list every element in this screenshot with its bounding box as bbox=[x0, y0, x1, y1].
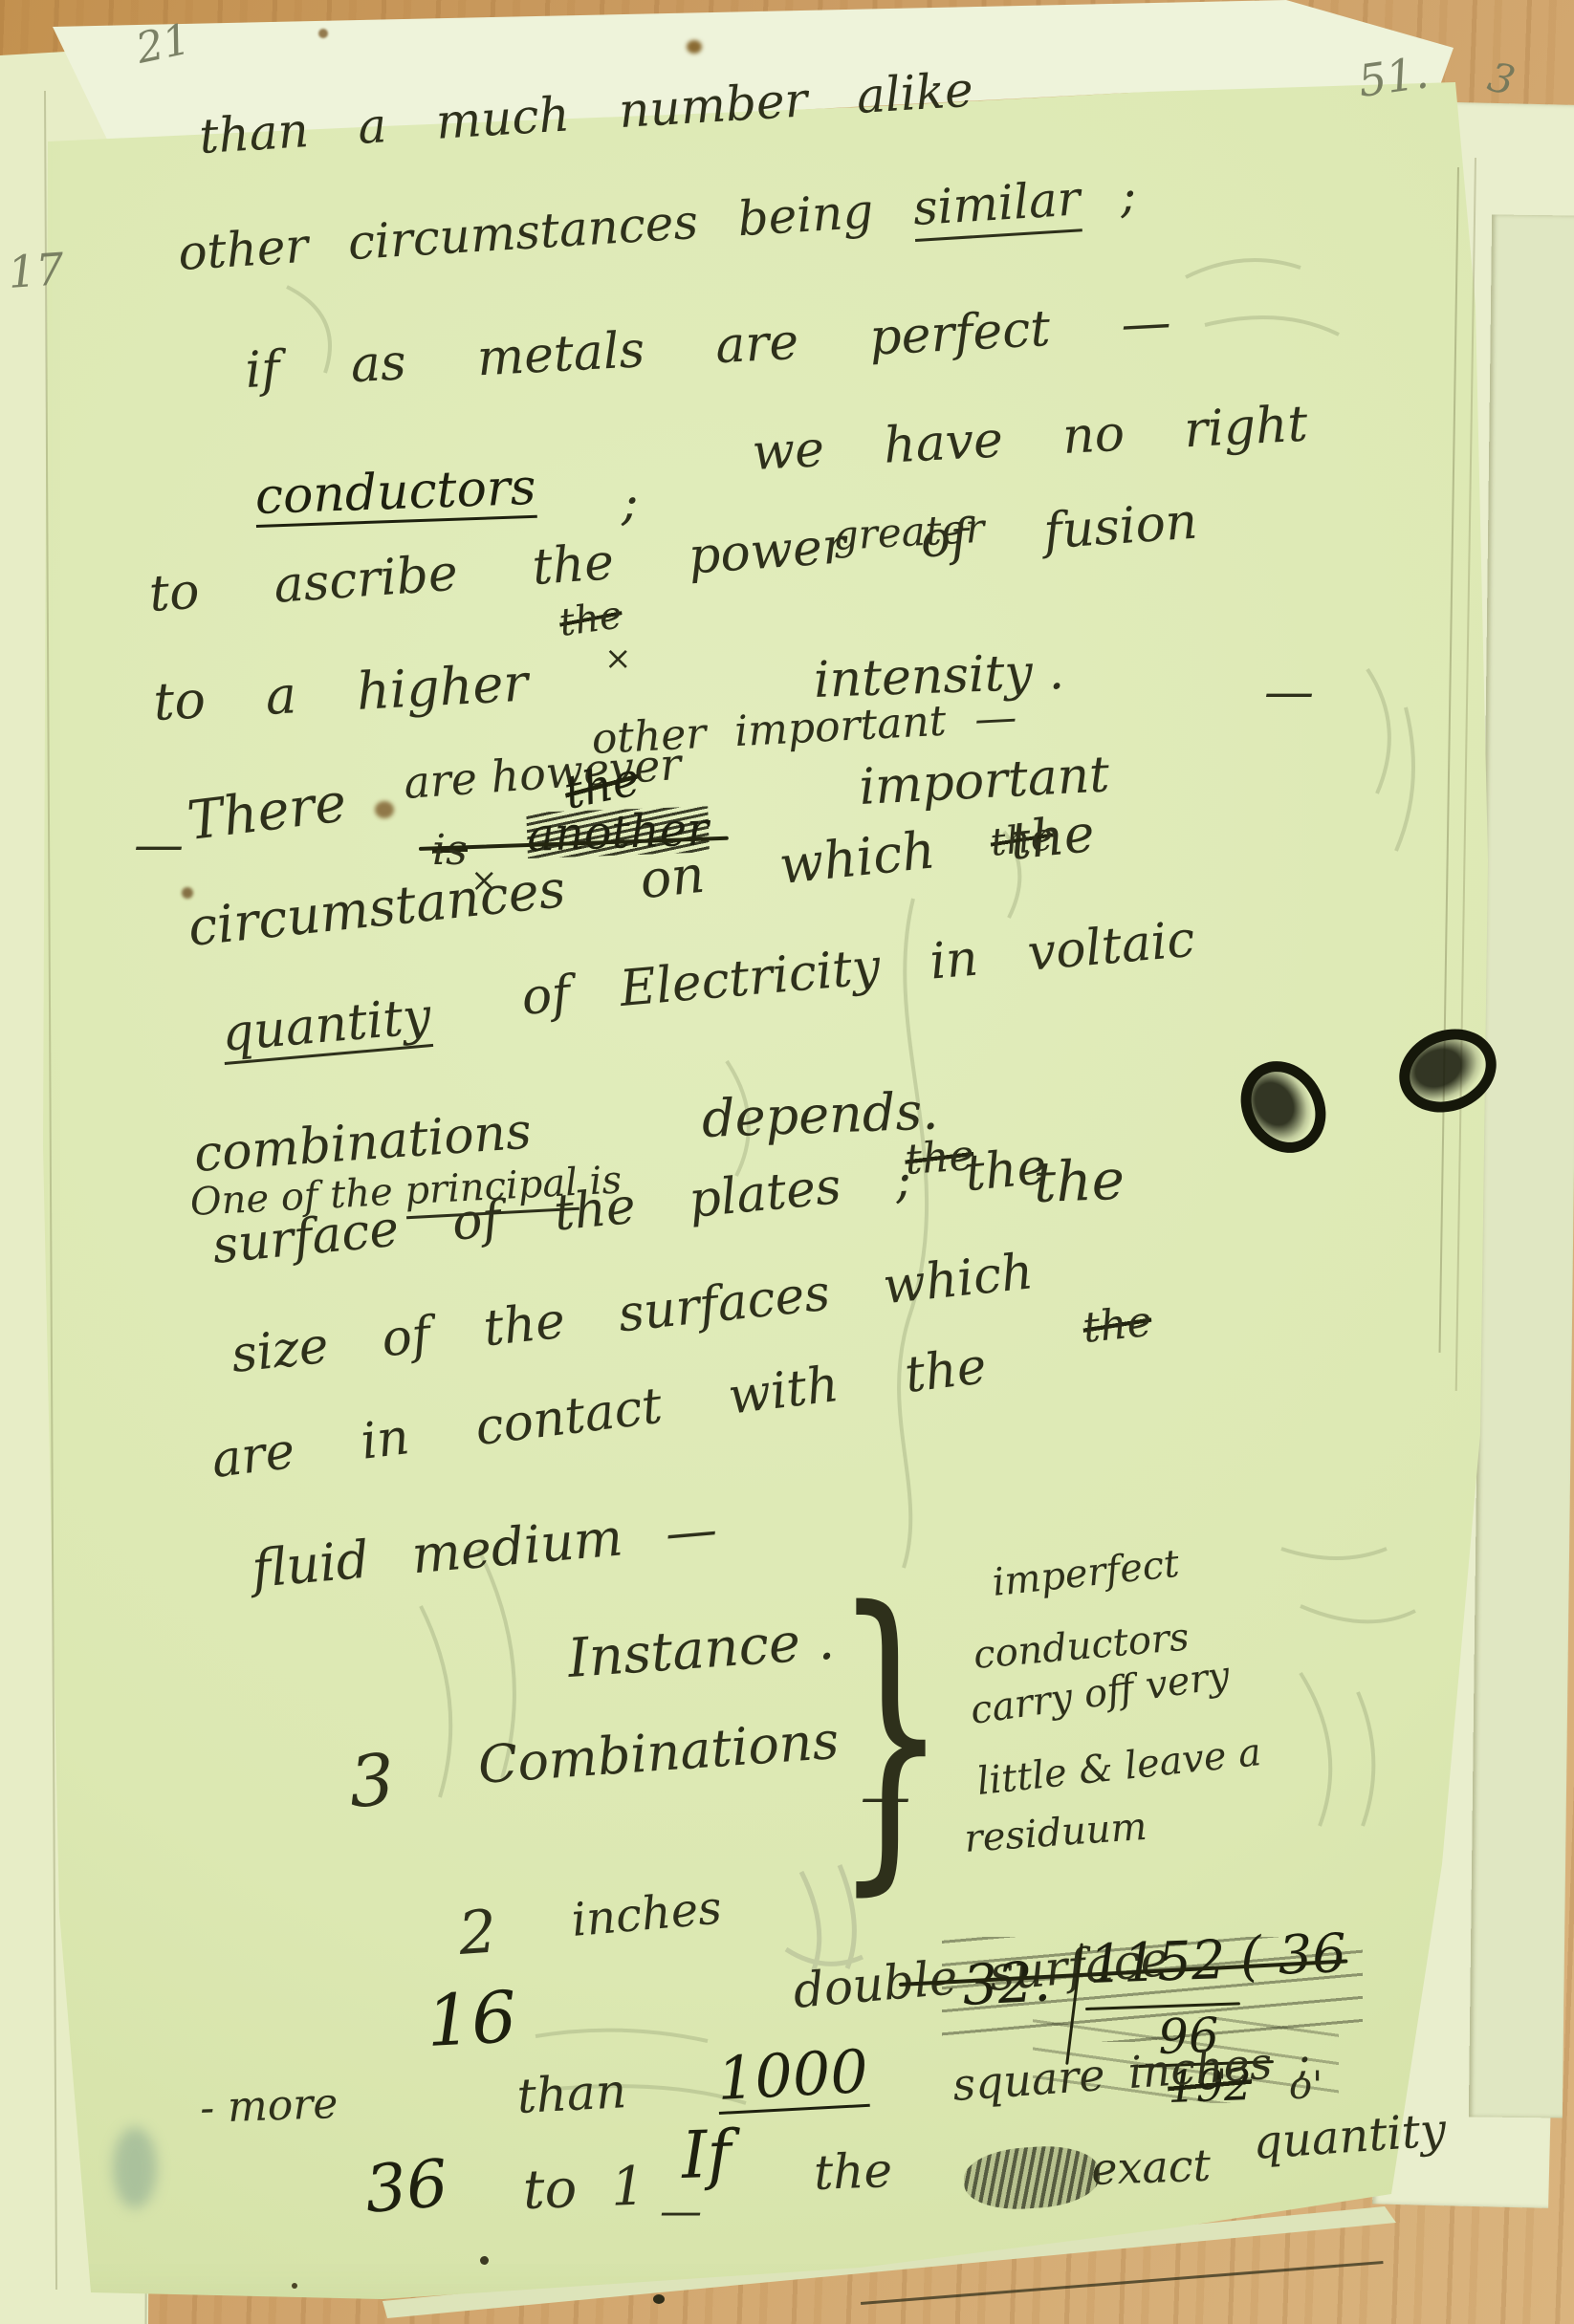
handwriting-line-7-important: important bbox=[858, 749, 1110, 813]
underlined-word-conductors: conductors bbox=[254, 463, 536, 528]
line-20-dash: — bbox=[660, 2191, 702, 2233]
curly-brace: } bbox=[834, 1547, 948, 1920]
numeral-36: 36 bbox=[362, 2152, 450, 2224]
line-2-punct: ; bbox=[1118, 167, 1137, 224]
line-4-semicolon: ; bbox=[622, 478, 639, 528]
stain bbox=[318, 29, 328, 38]
speck bbox=[292, 2283, 297, 2289]
numeral-16: 16 bbox=[425, 1982, 518, 2057]
word-the-6: the bbox=[813, 2146, 893, 2197]
numeral-3: 3 bbox=[347, 1745, 397, 1818]
caret-mark: × bbox=[604, 642, 632, 675]
underlined-word-similar: similar bbox=[911, 170, 1082, 242]
photo-of-manuscript: 21 17 51. 3 than a much number alike oth… bbox=[0, 0, 1574, 2324]
struck-word-the-3: the bbox=[989, 817, 1055, 862]
struck-word-the-2: the bbox=[560, 756, 644, 816]
stray-mark: ' bbox=[1216, 2065, 1227, 2103]
line-7-dash: — bbox=[134, 820, 184, 870]
underlined-1000: 1000 bbox=[715, 2042, 869, 2115]
numeral-2: 2 bbox=[457, 1901, 499, 1964]
page-number-left-edge: 17 bbox=[7, 247, 66, 294]
line-6-dash: — bbox=[1264, 667, 1314, 717]
ink-smudge bbox=[113, 2127, 157, 2208]
word-than: than bbox=[515, 2067, 627, 2120]
word-exact: exact bbox=[1090, 2143, 1211, 2191]
page-number-top-right: 51. bbox=[1356, 50, 1432, 103]
struck-word-the: the bbox=[557, 596, 623, 642]
words-more: - more bbox=[199, 2083, 339, 2130]
stain bbox=[687, 40, 702, 54]
word-quantity: quantity bbox=[1252, 2107, 1448, 2166]
word-if: If bbox=[681, 2122, 732, 2189]
word-inches: inches bbox=[570, 1884, 724, 1944]
struck-word-the-5: the bbox=[1081, 1301, 1153, 1350]
words-to-1: to 1 bbox=[522, 2161, 646, 2218]
speck bbox=[480, 2256, 489, 2265]
struck-word-is: is bbox=[432, 830, 468, 872]
speck bbox=[653, 2294, 665, 2304]
page-number-top-left: 21 bbox=[133, 18, 194, 71]
stain bbox=[375, 801, 394, 818]
stray-mark-2: o' bbox=[1289, 2067, 1323, 2105]
